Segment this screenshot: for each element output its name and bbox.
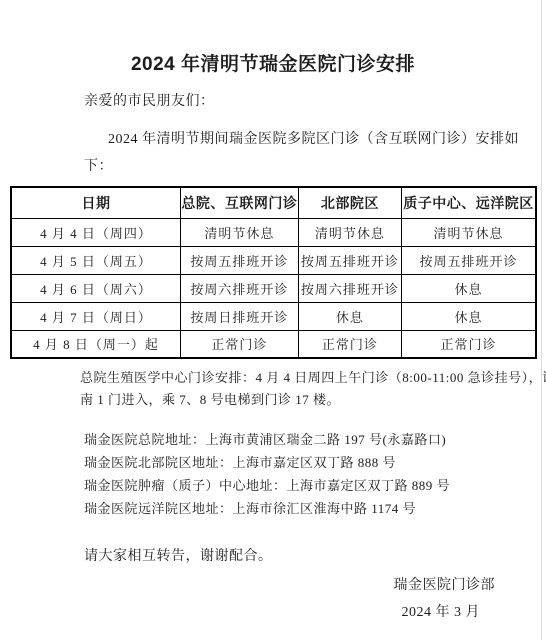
page-edge-line: [541, 0, 542, 640]
intro-paragraph-line-1: 2024 年清明节期间瑞金医院多院区门诊（含互联网门诊）安排如: [108, 131, 519, 149]
address-ocean-campus: 瑞金医院远洋院区地址：上海市徐汇区淮海中路 1174 号: [84, 500, 416, 517]
col-header-date: 日期: [11, 187, 181, 218]
cell-main-campus: 清明节休息: [181, 218, 299, 246]
address-proton-center: 瑞金医院肿瘤（质子）中心地址：上海市嘉定区双丁路 889 号: [84, 477, 450, 494]
address-main-campus: 瑞金医院总院地址：上海市黄浦区瑞金二路 197 号(永嘉路口): [84, 431, 446, 448]
table-row-apr8-onward: 4 月 8 日（周一）起 正常门诊 正常门诊 正常门诊: [11, 330, 536, 358]
cell-proton-ocean: 休息: [402, 302, 536, 330]
cell-date: 4 月 4 日（周四）: [11, 218, 181, 246]
notice-document-page: 2024 年清明节瑞金医院门诊安排 亲爱的市民朋友们： 2024 年清明节期间瑞…: [0, 0, 546, 640]
page-title: 2024 年清明节瑞金医院门诊安排: [0, 53, 546, 77]
address-north-campus: 瑞金医院北部院区地址：上海市嘉定区双丁路 888 号: [84, 454, 396, 471]
cell-date: 4 月 8 日（周一）起: [11, 330, 181, 358]
table-header-row: 日期 总院、互联网门诊 北部院区 质子中心、远洋院区: [11, 187, 536, 218]
cell-north-campus: 按周五排班开诊: [298, 246, 401, 274]
table-row-apr7: 4 月 7 日（周日） 按周日排班开诊 休息 休息: [11, 302, 536, 330]
cell-proton-ocean: 休息: [402, 274, 536, 302]
cell-north-campus: 正常门诊: [298, 330, 401, 358]
signature-date: 2024 年 3 月: [402, 604, 481, 622]
cell-proton-ocean: 清明节休息: [402, 218, 536, 246]
table-row-apr6: 4 月 6 日（周六） 按周六排班开诊 按周六排班开诊 休息: [11, 274, 536, 302]
schedule-table-container: 日期 总院、互联网门诊 北部院区 质子中心、远洋院区 4 月 4 日（周四） 清…: [10, 186, 537, 359]
cell-date: 4 月 7 日（周日）: [11, 302, 181, 330]
cell-proton-ocean: 正常门诊: [402, 330, 536, 358]
greeting-line: 亲爱的市民朋友们：: [84, 93, 215, 111]
cell-north-campus: 按周六排班开诊: [298, 274, 401, 302]
signature-department: 瑞金医院门诊部: [394, 577, 496, 595]
col-header-north-campus: 北部院区: [298, 187, 401, 218]
col-header-main-campus: 总院、互联网门诊: [181, 187, 299, 218]
cell-main-campus: 按周六排班开诊: [181, 274, 299, 302]
cell-date: 4 月 6 日（周六）: [11, 274, 181, 302]
cell-main-campus: 按周五排班开诊: [181, 246, 299, 274]
cell-north-campus: 休息: [298, 302, 401, 330]
schedule-table: 日期 总院、互联网门诊 北部院区 质子中心、远洋院区 4 月 4 日（周四） 清…: [10, 186, 537, 359]
table-row-apr5: 4 月 5 日（周五） 按周五排班开诊 按周五排班开诊 按周五排班开诊: [11, 246, 536, 274]
cell-date: 4 月 5 日（周五）: [11, 246, 181, 274]
cell-main-campus: 按周日排班开诊: [181, 302, 299, 330]
table-row-apr4: 4 月 4 日（周四） 清明节休息 清明节休息 清明节休息: [11, 218, 536, 246]
cell-main-campus: 正常门诊: [181, 330, 299, 358]
col-header-proton-ocean-campus: 质子中心、远洋院区: [402, 187, 536, 218]
reproductive-center-note-line-2: 南 1 门进入，乘 7、8 号电梯到门诊 17 楼。: [80, 391, 340, 408]
reproductive-center-note-line-1: 总院生殖医学中心门诊安排：4 月 4 日周四上午门诊（8:00-11:00 急诊…: [80, 369, 546, 386]
intro-paragraph-line-2: 下：: [84, 158, 113, 176]
closing-line: 请大家相互转告，谢谢配合。: [84, 548, 273, 566]
cell-north-campus: 清明节休息: [298, 218, 401, 246]
cell-proton-ocean: 按周五排班开诊: [402, 246, 536, 274]
